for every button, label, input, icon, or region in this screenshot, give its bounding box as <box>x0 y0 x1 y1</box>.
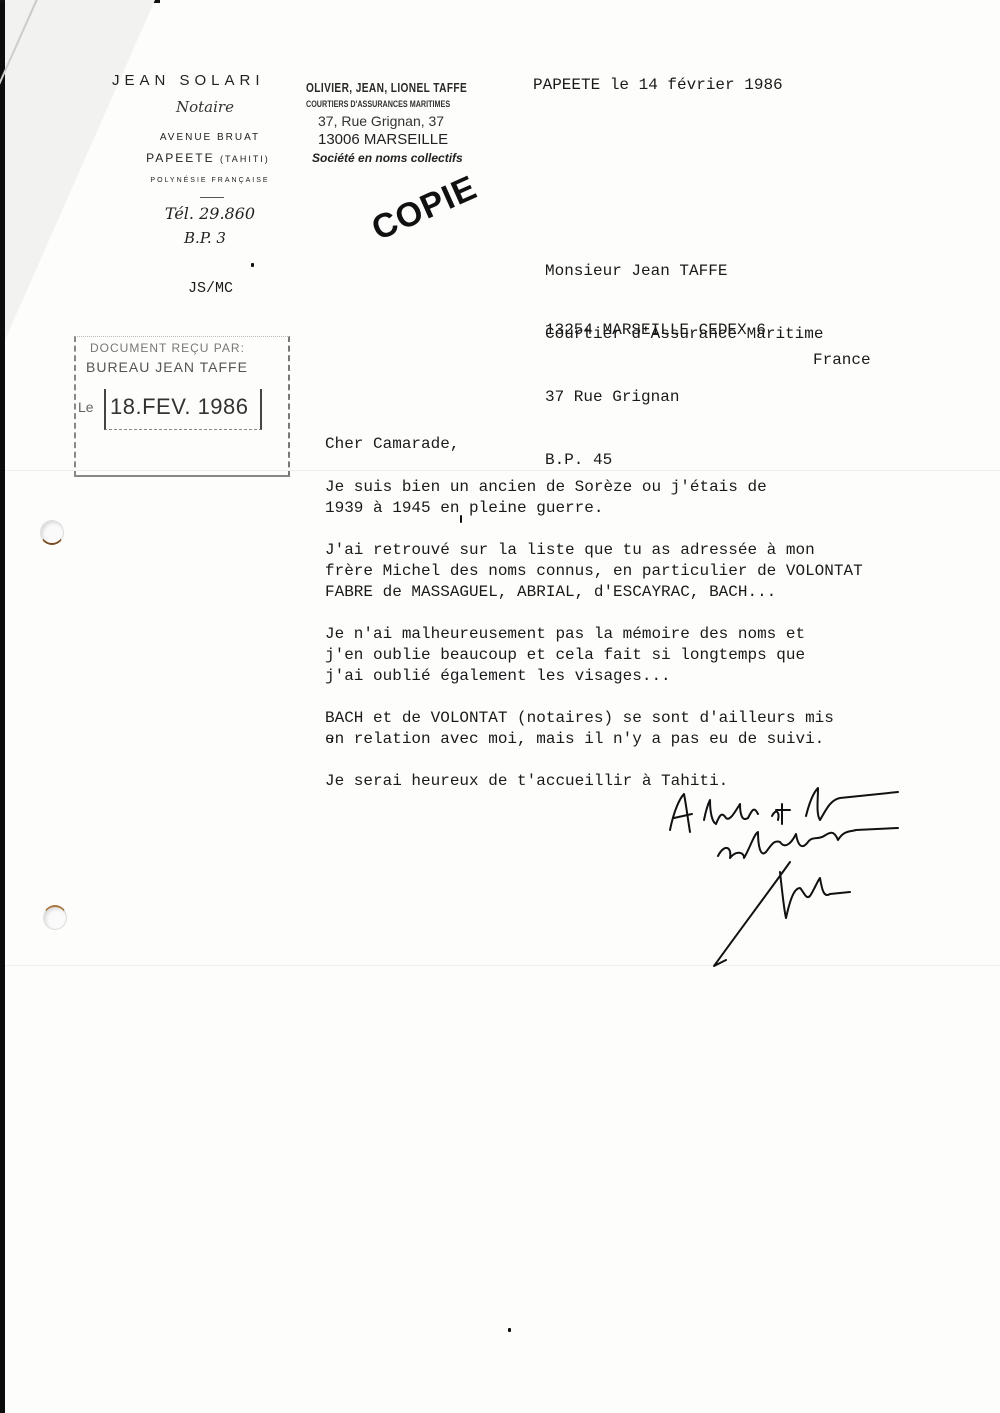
company-stamp-legal-form: Société en noms collectifs <box>312 151 486 165</box>
copy-stamp: COPIE <box>366 168 483 249</box>
ink-speck <box>251 263 254 267</box>
company-stamp-city: 13006 MARSEILLE <box>318 131 486 148</box>
recipient-city: 13254 MARSEILLE CEDEX 6 <box>545 321 766 339</box>
folded-corner <box>5 0 155 340</box>
letter-body: Cher Camarade, Je suis bien un ancien de… <box>325 434 1000 813</box>
letter-paragraph: BACH et de VOLONTAT (notaires) se sont d… <box>325 708 1000 750</box>
company-stamp-names: OLIVIER, JEAN, LIONEL TAFFE <box>306 80 446 95</box>
letterhead-street: AVENUE BRUAT <box>130 132 290 143</box>
received-stamp-date: 18.FEV. 1986 <box>110 394 249 420</box>
letterhead-city-name: PAPEETE <box>146 151 214 165</box>
letterhead-city-note: (TAHITI) <box>220 154 270 164</box>
reference-initials: JS/MC <box>188 280 233 297</box>
letter-dateline: PAPEETE le 14 février 1986 <box>533 76 783 94</box>
letter-page: JEAN SOLARI Notaire AVENUE BRUAT PAPEETE… <box>0 0 1000 1413</box>
recipient-line: 37 Rue Grignan <box>545 387 823 408</box>
received-stamp-prefix: Le <box>78 399 94 415</box>
company-stamp-profession: COURTIERS D'ASSURANCES MARITIMES <box>306 99 450 109</box>
letter-paragraph: J'ai retrouvé sur la liste que tu as adr… <box>325 540 1000 603</box>
letterhead-city: PAPEETE (TAHITI) <box>118 151 298 165</box>
letter-paragraph: Je n'ai malheureusement pas la mémoire d… <box>325 624 1000 687</box>
letterhead-name: JEAN SOLARI <box>112 72 265 89</box>
ink-speck <box>331 739 333 742</box>
ink-mark <box>460 515 462 523</box>
received-stamp-office: BUREAU JEAN TAFFE <box>86 359 248 375</box>
recipient-country: France <box>813 351 871 369</box>
letterhead-phone: Tél. 29.860 <box>140 204 280 223</box>
punch-hole-icon <box>43 905 67 930</box>
ink-speck <box>508 1328 511 1332</box>
received-stamp: DOCUMENT REÇU PAR: BUREAU JEAN TAFFE Le … <box>74 336 290 477</box>
handwritten-signature: A bientôt et très cordialement <box>640 770 970 980</box>
letter-greeting: Cher Camarade, <box>325 434 1000 455</box>
letterhead-title: Notaire <box>150 98 260 116</box>
company-stamp-street: 37, Rue Grignan, 37 <box>318 113 486 129</box>
letterhead-divider <box>200 197 224 198</box>
recipient-line: Monsieur Jean TAFFE <box>545 261 823 282</box>
company-stamp: OLIVIER, JEAN, LIONEL TAFFE COURTIERS D'… <box>306 80 486 165</box>
punch-hole-icon <box>40 520 64 545</box>
received-stamp-label: DOCUMENT REÇU PAR: <box>90 341 245 355</box>
letterhead-po-box: B.P. 3 <box>165 229 245 247</box>
letter-paragraph: Je suis bien un ancien de Sorèze ou j'ét… <box>325 477 1000 519</box>
letterhead-country: POLYNÉSIE FRANÇAISE <box>130 177 290 184</box>
